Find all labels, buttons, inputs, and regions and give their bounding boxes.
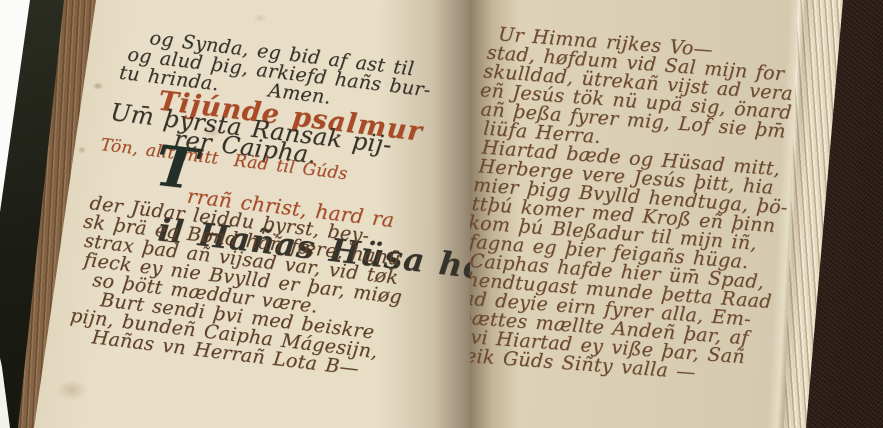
right-page-text: Ur Himna rijkes Vo— stad, høfdum vid Sal… bbox=[468, 0, 845, 389]
illuminated-initial: T bbox=[156, 166, 198, 171]
left-page-text: og Synda, eg bid af ast til og alud þig,… bbox=[85, 0, 505, 387]
manuscript-photo: og Synda, eg bid af ast til og alud þig,… bbox=[0, 0, 883, 428]
